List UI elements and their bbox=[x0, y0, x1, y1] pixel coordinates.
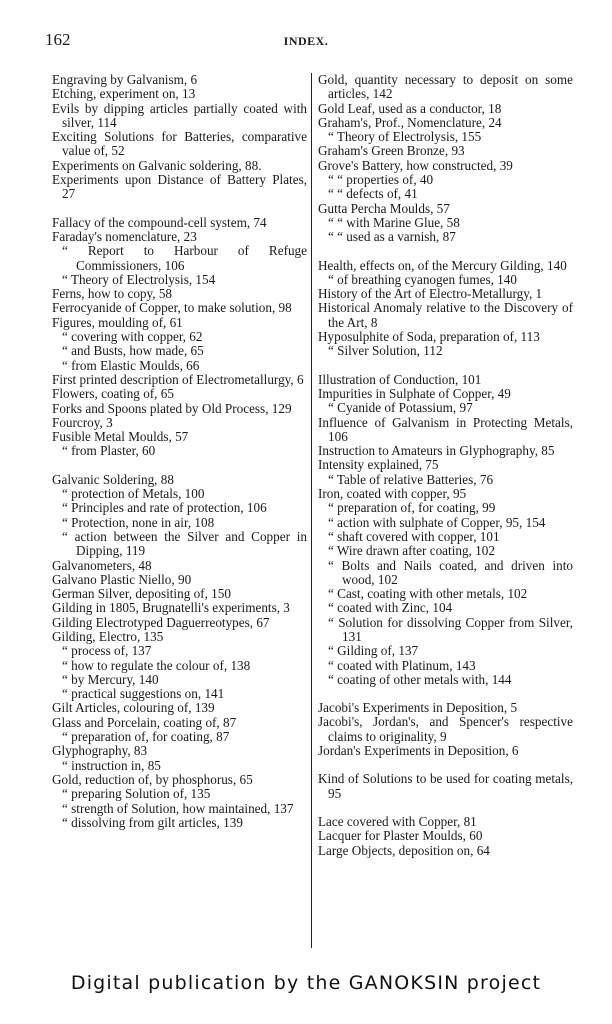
index-entry: Graham's, Prof., Nomenclature, 24 bbox=[318, 116, 573, 130]
index-entry: Historical Anomaly relative to the Disco… bbox=[318, 301, 573, 330]
section-gap bbox=[318, 687, 573, 701]
index-subentry: “ strength of Solution, how maintained, … bbox=[52, 802, 307, 816]
publication-credit: Digital publication by the GANOKSIN proj… bbox=[0, 972, 612, 994]
index-entry: Ferns, how to copy, 58 bbox=[52, 287, 307, 301]
index-entry: History of the Art of Electro-Metallurgy… bbox=[318, 287, 573, 301]
index-entry: Fourcroy, 3 bbox=[52, 416, 307, 430]
index-entry: Gilding, Electro, 135 bbox=[52, 630, 307, 644]
index-entry: Fusible Metal Moulds, 57 bbox=[52, 430, 307, 444]
index-entry: Iron, coated with copper, 95 bbox=[318, 487, 573, 501]
index-entry: Gold, quantity necessary to deposit on s… bbox=[318, 73, 573, 102]
index-subentry: “ “ with Marine Glue, 58 bbox=[318, 216, 573, 230]
index-entry: Galvanometers, 48 bbox=[52, 559, 307, 573]
index-subentry: “ preparation of, for coating, 87 bbox=[52, 730, 307, 744]
section-gap bbox=[318, 758, 573, 772]
index-entry: Gilding in 1805, Brugnatelli's experimen… bbox=[52, 601, 307, 615]
index-subentry: “ “ used as a varnish, 87 bbox=[318, 230, 573, 244]
index-subentry: “ practical suggestions on, 141 bbox=[52, 687, 307, 701]
index-column-left: Engraving by Galvanism, 6Etching, experi… bbox=[52, 73, 307, 830]
index-subentry: “ preparing Solution of, 135 bbox=[52, 787, 307, 801]
index-column-right: Gold, quantity necessary to deposit on s… bbox=[318, 73, 573, 858]
index-entry: Fallacy of the compound-cell system, 74 bbox=[52, 216, 307, 230]
index-subentry: “ Protection, none in air, 108 bbox=[52, 516, 307, 530]
index-subentry: “ how to regulate the colour of, 138 bbox=[52, 659, 307, 673]
index-entry: Glass and Porcelain, coating of, 87 bbox=[52, 716, 307, 730]
index-subentry: “ and Busts, how made, 65 bbox=[52, 344, 307, 358]
index-subentry: “ Silver Solution, 112 bbox=[318, 344, 573, 358]
running-head: INDEX. bbox=[0, 34, 612, 49]
section-gap bbox=[318, 359, 573, 373]
index-subentry: “ Principles and rate of protection, 106 bbox=[52, 501, 307, 515]
index-subentry: “ protection of Metals, 100 bbox=[52, 487, 307, 501]
index-subentry: “ from Elastic Moulds, 66 bbox=[52, 359, 307, 373]
column-divider bbox=[311, 73, 312, 948]
index-entry: Engraving by Galvanism, 6 bbox=[52, 73, 307, 87]
index-entry: Flowers, coating of, 65 bbox=[52, 387, 307, 401]
index-entry: Health, effects on, of the Mercury Gildi… bbox=[318, 259, 573, 273]
index-entry: Gutta Percha Moulds, 57 bbox=[318, 202, 573, 216]
index-entry: Jacobi's, Jordan's, and Spencer's respec… bbox=[318, 715, 573, 744]
index-entry: Kind of Solutions to be used for coating… bbox=[318, 772, 573, 801]
index-entry: Galvano Plastic Niello, 90 bbox=[52, 573, 307, 587]
index-subentry: “ dissolving from gilt articles, 139 bbox=[52, 816, 307, 830]
index-subentry: “ “ properties of, 40 bbox=[318, 173, 573, 187]
index-subentry: “ coated with Zinc, 104 bbox=[318, 601, 573, 615]
index-entry: Intensity explained, 75 bbox=[318, 458, 573, 472]
index-subentry: “ from Plaster, 60 bbox=[52, 444, 307, 458]
index-entry: Instruction to Amateurs in Glyphography,… bbox=[318, 444, 573, 458]
index-entry: Forks and Spoons plated by Old Process, … bbox=[52, 402, 307, 416]
index-entry: Jacobi's Experiments in Deposition, 5 bbox=[318, 701, 573, 715]
index-entry: Gilding Electrotyped Daguerreotypes, 67 bbox=[52, 616, 307, 630]
section-gap bbox=[318, 245, 573, 259]
index-subentry: “ preparation of, for coating, 99 bbox=[318, 501, 573, 515]
index-entry: Grove's Battery, how constructed, 39 bbox=[318, 159, 573, 173]
index-subentry: “ coated with Platinum, 143 bbox=[318, 659, 573, 673]
index-subentry: “ Wire drawn after coating, 102 bbox=[318, 544, 573, 558]
index-entry: Lace covered with Copper, 81 bbox=[318, 815, 573, 829]
index-entry: Jordan's Experiments in Deposition, 6 bbox=[318, 744, 573, 758]
index-subentry: “ “ defects of, 41 bbox=[318, 187, 573, 201]
index-entry: Impurities in Sulphate of Copper, 49 bbox=[318, 387, 573, 401]
index-entry: Ferrocyanide of Copper, to make solution… bbox=[52, 301, 307, 315]
index-entry: Gilt Articles, colouring of, 139 bbox=[52, 701, 307, 715]
index-subentry: “ instruction in, 85 bbox=[52, 759, 307, 773]
index-subentry: “ action between the Silver and Copper i… bbox=[52, 530, 307, 559]
index-entry: Faraday's nomenclature, 23 bbox=[52, 230, 307, 244]
index-entry: Experiments upon Distance of Battery Pla… bbox=[52, 173, 307, 202]
index-entry: Influence of Galvanism in Protecting Met… bbox=[318, 416, 573, 445]
index-subentry: “ Gilding of, 137 bbox=[318, 644, 573, 658]
index-subentry: “ Theory of Electrolysis, 155 bbox=[318, 130, 573, 144]
index-subentry: “ process of, 137 bbox=[52, 644, 307, 658]
index-subentry: “ Solution for dissolving Copper from Si… bbox=[318, 616, 573, 645]
index-entry: Gold Leaf, used as a conductor, 18 bbox=[318, 102, 573, 116]
index-subentry: “ action with sulphate of Copper, 95, 15… bbox=[318, 516, 573, 530]
index-subentry: “ Report to Harbour of Refuge Commission… bbox=[52, 244, 307, 273]
index-subentry: “ Cyanide of Potassium, 97 bbox=[318, 401, 573, 415]
index-subentry: “ covering with copper, 62 bbox=[52, 330, 307, 344]
index-entry: Illustration of Conduction, 101 bbox=[318, 373, 573, 387]
index-entry: Galvanic Soldering, 88 bbox=[52, 473, 307, 487]
index-entry: Hyposulphite of Soda, preparation of, 11… bbox=[318, 330, 573, 344]
index-subentry: “ by Mercury, 140 bbox=[52, 673, 307, 687]
index-entry: Lacquer for Plaster Moulds, 60 bbox=[318, 829, 573, 843]
index-subentry: “ coating of other metals with, 144 bbox=[318, 673, 573, 687]
index-subentry: “ Theory of Electrolysis, 154 bbox=[52, 273, 307, 287]
index-entry: First printed description of Electrometa… bbox=[52, 373, 307, 387]
index-entry: Exciting Solutions for Batteries, compar… bbox=[52, 130, 307, 159]
index-entry: Evils by dipping articles partially coat… bbox=[52, 102, 307, 131]
index-subentry: “ Cast, coating with other metals, 102 bbox=[318, 587, 573, 601]
index-entry: Experiments on Galvanic soldering, 88. bbox=[52, 159, 307, 173]
index-subentry: “ of breathing cyanogen fumes, 140 bbox=[318, 273, 573, 287]
index-subentry: “ Bolts and Nails coated, and driven int… bbox=[318, 559, 573, 588]
index-entry: Gold, reduction of, by phosphorus, 65 bbox=[52, 773, 307, 787]
section-gap bbox=[52, 202, 307, 216]
section-gap bbox=[318, 801, 573, 815]
index-entry: Large Objects, deposition on, 64 bbox=[318, 844, 573, 858]
index-entry: Graham's Green Bronze, 93 bbox=[318, 144, 573, 158]
index-entry: Glyphography, 83 bbox=[52, 744, 307, 758]
index-subentry: “ Table of relative Batteries, 76 bbox=[318, 473, 573, 487]
index-entry: Etching, experiment on, 13 bbox=[52, 87, 307, 101]
index-entry: Figures, moulding of, 61 bbox=[52, 316, 307, 330]
index-entry: German Silver, depositing of, 150 bbox=[52, 587, 307, 601]
index-subentry: “ shaft covered with copper, 101 bbox=[318, 530, 573, 544]
section-gap bbox=[52, 459, 307, 473]
